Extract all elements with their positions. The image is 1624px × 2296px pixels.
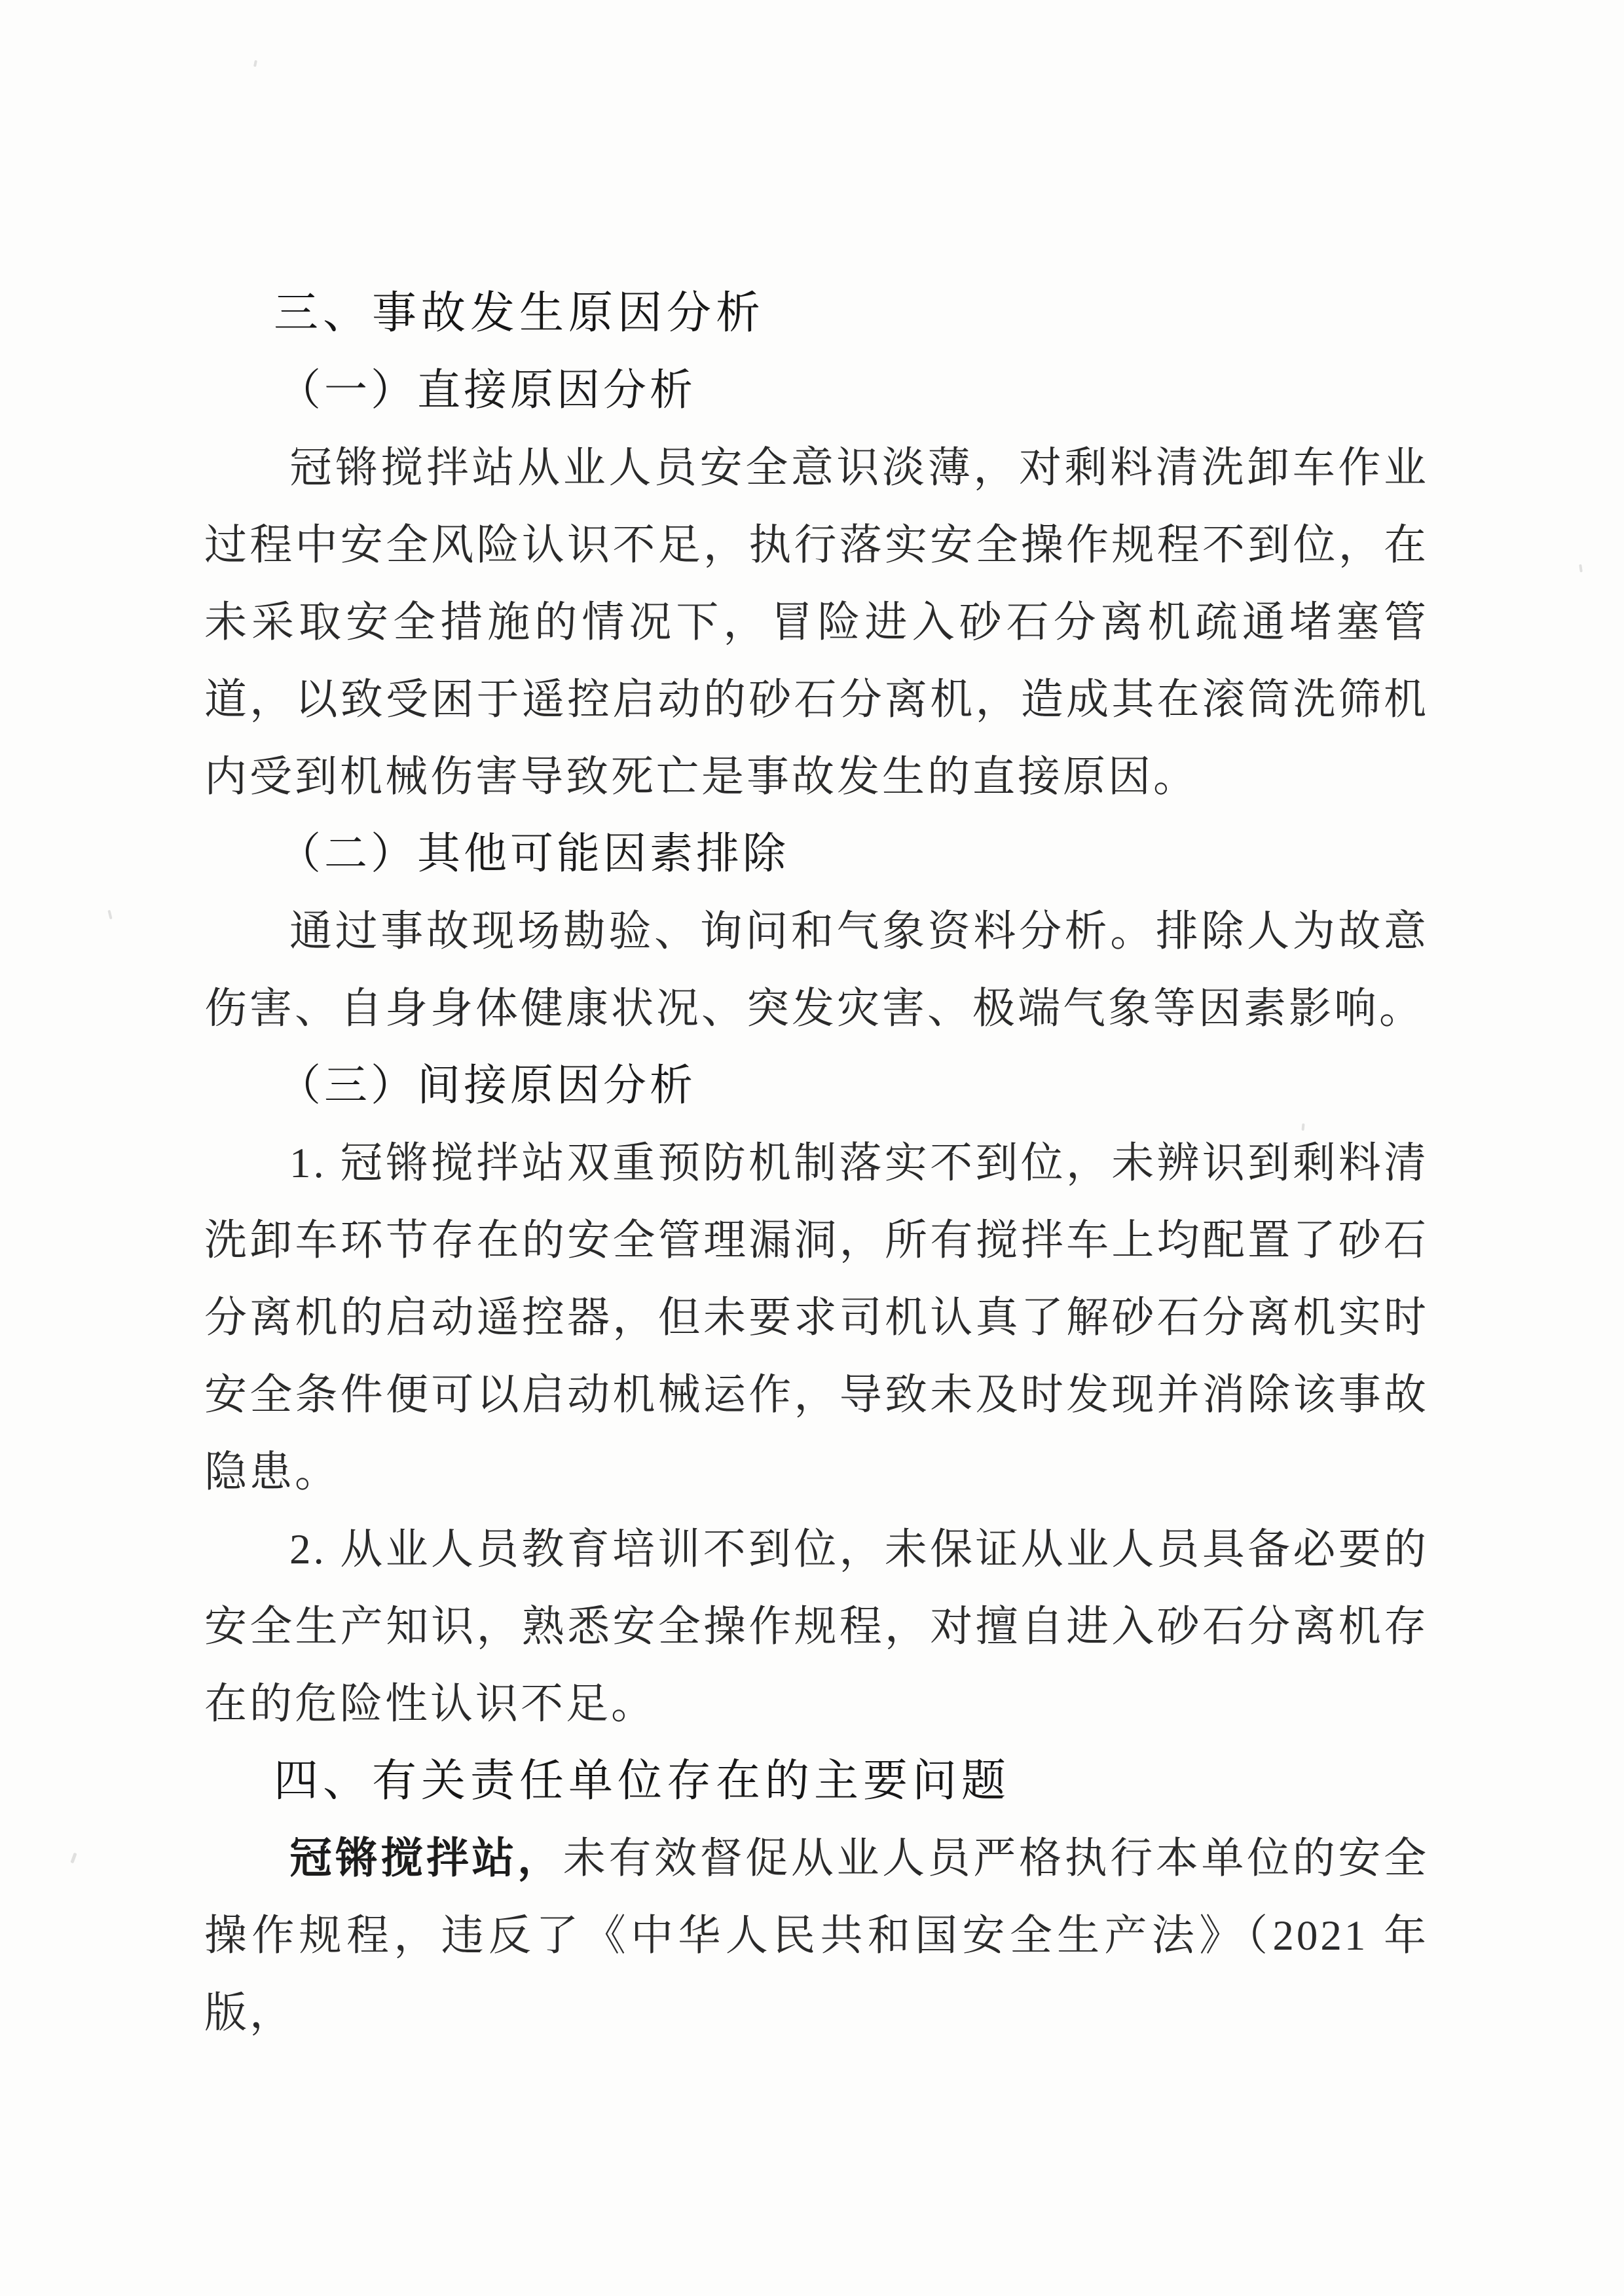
section-heading-accident-cause-analysis: 三、事故发生原因分析 [204,275,1429,352]
subsection-heading-other-factors-excluded: （二）其他可能因素排除 [204,816,1429,893]
document-text-block: 三、事故发生原因分析 （一）直接原因分析 冠锵搅拌站从业人员安全意识淡薄，对剩料… [204,275,1429,2052]
paragraph-indirect-cause-1: 1. 冠锵搅拌站双重预防机制落实不到位，未辨识到剩料清洗卸车环节存在的安全管理漏… [204,1125,1429,1511]
paragraph-responsible-unit: 冠锵搅拌站，未有效督促从业人员严格执行本单位的安全操作规程，违反了《中华人民共和… [204,1820,1429,2052]
subsection-heading-direct-cause: （一）直接原因分析 [204,352,1429,429]
scan-artifact-speck [1579,564,1583,572]
scan-artifact-speck [107,910,112,920]
responsible-unit-name-bold: 冠锵搅拌站， [289,1835,563,1882]
subsection-heading-indirect-cause: （三）间接原因分析 [204,1048,1429,1125]
paragraph-other-factors: 通过事故现场勘验、询问和气象资料分析。排除人为故意伤害、自身身体健康状况、突发灾… [204,893,1429,1048]
section-heading-responsible-unit-problems: 四、有关责任单位存在的主要问题 [204,1743,1429,1820]
paragraph-direct-cause: 冠锵搅拌站从业人员安全意识淡薄，对剩料清洗卸车作业过程中安全风险认识不足，执行落… [204,429,1429,816]
paragraph-indirect-cause-2: 2. 从业人员教育培训不到位，未保证从业人员具备必要的安全生产知识，熟悉安全操作… [204,1511,1429,1743]
document-page: 三、事故发生原因分析 （一）直接原因分析 冠锵搅拌站从业人员安全意识淡薄，对剩料… [0,0,1624,2296]
scan-artifact-speck [253,60,257,67]
scan-artifact-speck [70,1853,77,1864]
